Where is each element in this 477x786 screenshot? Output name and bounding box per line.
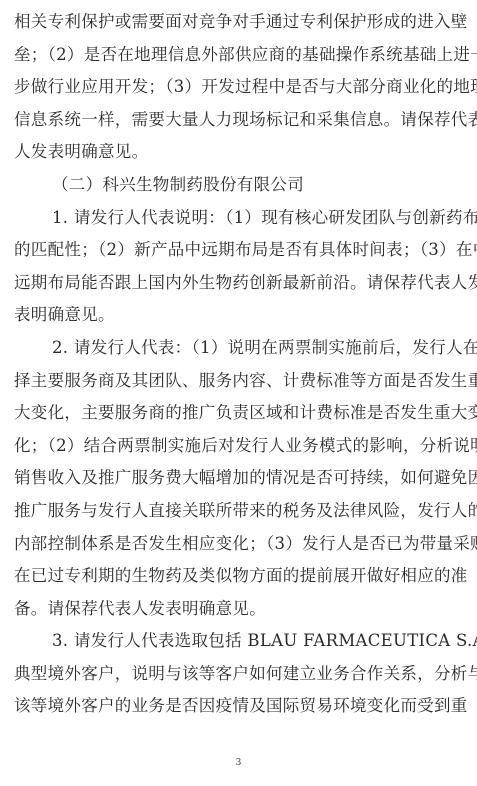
section-heading: （二）科兴生物制药股份有限公司	[14, 169, 461, 202]
text-line: 的匹配性；（2）新产品中远期布局是否有具体时间表；（3）在中	[14, 234, 461, 267]
text-line: 远期布局能否跟上国内外生物药创新最新前沿。请保荐代表人发	[14, 267, 461, 300]
document-body: 相关专利保护或需要面对竞争对手通过专利保护形成的进入壁 垒；（2）是否在地理信息…	[14, 6, 461, 723]
text-line: 步做行业应用开发；（3）开发过程中是否与大部分商业化的地理	[14, 71, 461, 104]
text-line: 大变化，主要服务商的推广负责区域和计费标准是否发生重大变	[14, 397, 461, 430]
page-number: 3	[0, 758, 477, 768]
text-line: 相关专利保护或需要面对竞争对手通过专利保护形成的进入壁	[14, 6, 461, 39]
section-heading-text: （二）科兴生物制药股份有限公司	[14, 169, 461, 202]
text-line: 内部控制体系是否发生相应变化；（3）发行人是否已为带量采购	[14, 528, 461, 561]
text-line: 人发表明确意见。	[14, 136, 461, 169]
text-line: 信息系统一样，需要大量人力现场标记和采集信息。请保荐代表	[14, 104, 461, 137]
text-line: 择主要服务商及其团队、服务内容、计费标准等方面是否发生重	[14, 365, 461, 398]
paragraph-question-2: 2. 请发行人代表：（1）说明在两票制实施前后，发行人在选 择主要服务商及其团队…	[14, 332, 461, 625]
text-line: 3. 请发行人代表选取包括 BLAU FARMACEUTICA S.A. 在内的	[14, 625, 461, 658]
text-line: 表明确意见。	[14, 299, 461, 332]
text-line: 2. 请发行人代表：（1）说明在两票制实施前后，发行人在选	[14, 332, 461, 365]
text-line: 该等境外客户的业务是否因疫情及国际贸易环境变化而受到重	[14, 690, 461, 723]
text-line: 垒；（2）是否在地理信息外部供应商的基础操作系统基础上进一	[14, 39, 461, 72]
text-line: 在已过专利期的生物药及类似物方面的提前展开做好相应的准	[14, 560, 461, 593]
text-line: 备。请保荐代表人发表明确意见。	[14, 593, 461, 626]
text-line: 销售收入及推广服务费大幅增加的情况是否可持续，如何避免因	[14, 462, 461, 495]
text-line: 推广服务与发行人直接关联所带来的税务及法律风险，发行人的	[14, 495, 461, 528]
paragraph-question-1: 1. 请发行人代表说明：（1）现有核心研发团队与创新药布局 的匹配性；（2）新产…	[14, 202, 461, 332]
text-line: 化；（2）结合两票制实施后对发行人业务模式的影响，分析说明	[14, 430, 461, 463]
text-line: 1. 请发行人代表说明：（1）现有核心研发团队与创新药布局	[14, 202, 461, 235]
paragraph-continued-question: 相关专利保护或需要面对竞争对手通过专利保护形成的进入壁 垒；（2）是否在地理信息…	[14, 6, 461, 169]
paragraph-question-3: 3. 请发行人代表选取包括 BLAU FARMACEUTICA S.A. 在内的…	[14, 625, 461, 723]
text-line: 典型境外客户，说明与该等客户如何建立业务合作关系，分析与	[14, 658, 461, 691]
document-page: 相关专利保护或需要面对竞争对手通过专利保护形成的进入壁 垒；（2）是否在地理信息…	[0, 0, 477, 786]
